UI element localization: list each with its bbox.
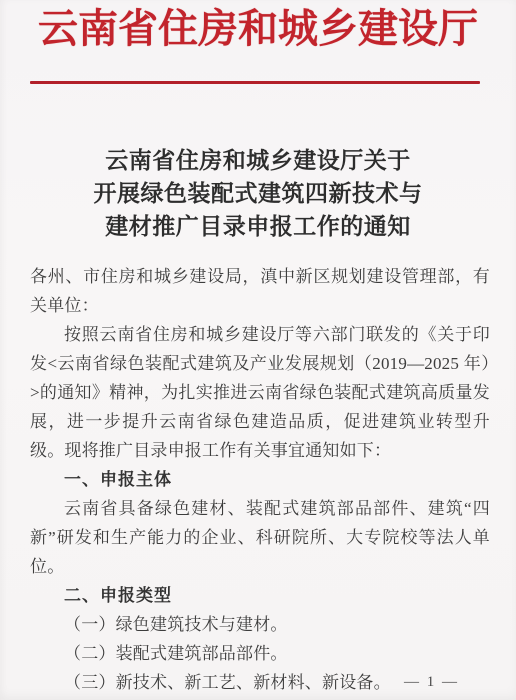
salutation: 各州、市住房和城乡建设局，滇中新区规划建设管理部，有关单位： [30, 262, 490, 320]
page-number: — 1 — [404, 674, 459, 691]
section-2-heading: 二、申报类型 [30, 581, 490, 610]
scanned-document-page: 云南省住房和城乡建设厅 云南省住房和城乡建设厅关于 开展绿色装配式建筑四新技术与… [0, 0, 516, 700]
document-title-line-2: 开展绿色装配式建筑四新技术与 [0, 177, 516, 210]
document-title: 云南省住房和城乡建设厅关于 开展绿色装配式建筑四新技术与 建材推广目录申报工作的… [0, 144, 516, 243]
letterhead-divider [30, 81, 480, 84]
section-2-item-2: （二）装配式建筑部品部件。 [30, 639, 490, 668]
document-title-line-1: 云南省住房和城乡建设厅关于 [0, 144, 516, 177]
agency-letterhead: 云南省住房和城乡建设厅 [0, 0, 516, 53]
section-2-item-1: （一）绿色建筑技术与建材。 [30, 610, 490, 639]
section-1-heading: 一、申报主体 [30, 465, 490, 494]
document-body: 各州、市住房和城乡建设局，滇中新区规划建设管理部，有关单位： 按照云南省住房和城… [30, 262, 490, 697]
intro-paragraph: 按照云南省住房和城乡建设厅等六部门联发的《关于印发<云南省绿色装配式建筑及产业发… [30, 320, 490, 465]
document-title-line-3: 建材推广目录申报工作的通知 [0, 210, 516, 243]
section-1-paragraph: 云南省具备绿色建材、装配式建筑部品部件、建筑“四新”研发和生产能力的企业、科研院… [30, 494, 490, 581]
